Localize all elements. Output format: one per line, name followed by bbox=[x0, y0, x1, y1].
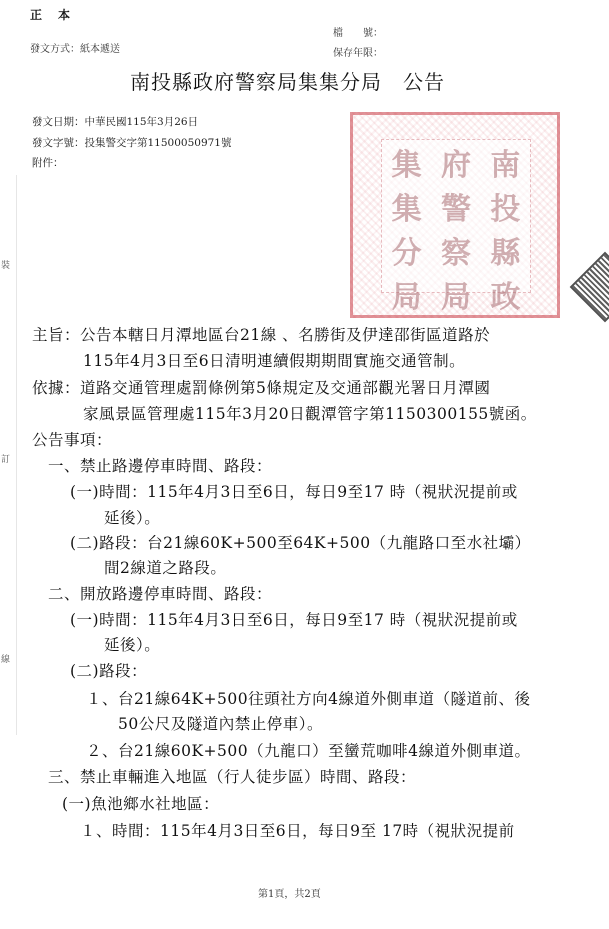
seal-char: 投 bbox=[481, 184, 530, 228]
binding-mark-ding: 訂 bbox=[1, 452, 10, 465]
section-2-item-2-line-1: ２、台21線60K+500（九龍口）至蠻荒咖啡4線道外側車道。 bbox=[86, 739, 530, 761]
seal-character-grid: 南 投 縣 政 府 警 察 局 集 集 分 局 bbox=[381, 139, 531, 293]
seal-char: 縣 bbox=[481, 228, 530, 272]
section-2-item-1-line-1: １、台21線64K+500往頭社方向4線道外側車道（隧道前、後 bbox=[86, 687, 530, 709]
section-1-time-line-2: 延後）。 bbox=[104, 506, 160, 528]
basis-line-2: 家風景區管理處115年3月20日觀潭管字第1150300155號函。 bbox=[83, 402, 537, 424]
document-number: 發文字號：投集警交字第11500050971號 bbox=[32, 135, 231, 150]
file-number-label: 檔 號： bbox=[333, 24, 383, 39]
basis-line-1: 依據：道路交通管理處罰條例第5條規定及交通部觀光署日月潭國 bbox=[32, 376, 490, 398]
section-1-road-line-2: 間2線道之路段。 bbox=[104, 556, 226, 578]
seal-char: 分 bbox=[382, 228, 431, 272]
copy-type-label: 正 本 bbox=[30, 6, 72, 23]
section-2-time-line-1: (一)時間：115年4月3日至6日，每日9至17 時（視狀況提前或 bbox=[70, 608, 518, 630]
attachment-label: 附件： bbox=[32, 155, 64, 170]
seal-char: 南 bbox=[481, 140, 530, 184]
seal-char: 警 bbox=[431, 184, 480, 228]
binding-mark-xian: 線 bbox=[1, 652, 10, 665]
seal-char: 局 bbox=[382, 272, 431, 316]
seal-char: 府 bbox=[431, 140, 480, 184]
section-2-heading: 二、開放路邊停車時間、路段： bbox=[48, 582, 272, 604]
document-title: 南投縣政府警察局集集分局 公告 bbox=[130, 66, 445, 95]
official-seal-stamp: 南 投 縣 政 府 警 察 局 集 集 分 局 bbox=[350, 112, 560, 318]
section-1-heading: 一、禁止路邊停車時間、路段： bbox=[48, 454, 272, 476]
seal-char: 局 bbox=[431, 272, 480, 316]
section-3-heading: 三、禁止車輛進入地區（行人徒步區）時間、路段： bbox=[48, 765, 416, 787]
section-2-item-1-line-2: 50公尺及隧道內禁止停車）。 bbox=[118, 712, 323, 734]
barcode-stamp-icon bbox=[570, 252, 609, 323]
seal-char: 察 bbox=[431, 228, 480, 272]
section-3-sub-1-item-1-line-1: １、時間：115年4月3日至6日，每日9至 17時（視狀況提前 bbox=[80, 819, 515, 841]
retention-period-label: 保存年限： bbox=[333, 44, 383, 59]
subject-line-1: 主旨：公告本轄日月潭地區台21線 、名勝街及伊達邵街區道路於 bbox=[32, 323, 490, 345]
section-3-sub-1-heading: (一)魚池鄉水社地區： bbox=[62, 792, 219, 814]
page-number: 第1頁，共2頁 bbox=[258, 885, 321, 900]
seal-char: 集 bbox=[382, 140, 431, 184]
subject-line-2: 115年4月3日至6日清明連續假期期間實施交通管制。 bbox=[83, 349, 465, 371]
section-1-road-line-1: (二)路段：台21線60K+500至64K+500（九龍路口至水社壩） bbox=[70, 531, 531, 553]
section-2-time-line-2: 延後）。 bbox=[104, 633, 160, 655]
section-1-time-line-1: (一)時間：115年4月3日至6日，每日9至17 時（視狀況提前或 bbox=[70, 480, 518, 502]
binding-mark-zhuang: 裝 bbox=[1, 258, 10, 271]
issue-date: 發文日期：中華民國115年3月26日 bbox=[32, 114, 198, 129]
notice-items-heading: 公告事項： bbox=[32, 428, 112, 450]
section-2-road-heading: (二)路段： bbox=[70, 659, 147, 681]
seal-char: 集 bbox=[382, 184, 431, 228]
binding-margin-line bbox=[16, 175, 17, 735]
delivery-method: 發文方式：紙本遞送 bbox=[30, 40, 120, 55]
seal-char: 政 bbox=[481, 272, 530, 316]
